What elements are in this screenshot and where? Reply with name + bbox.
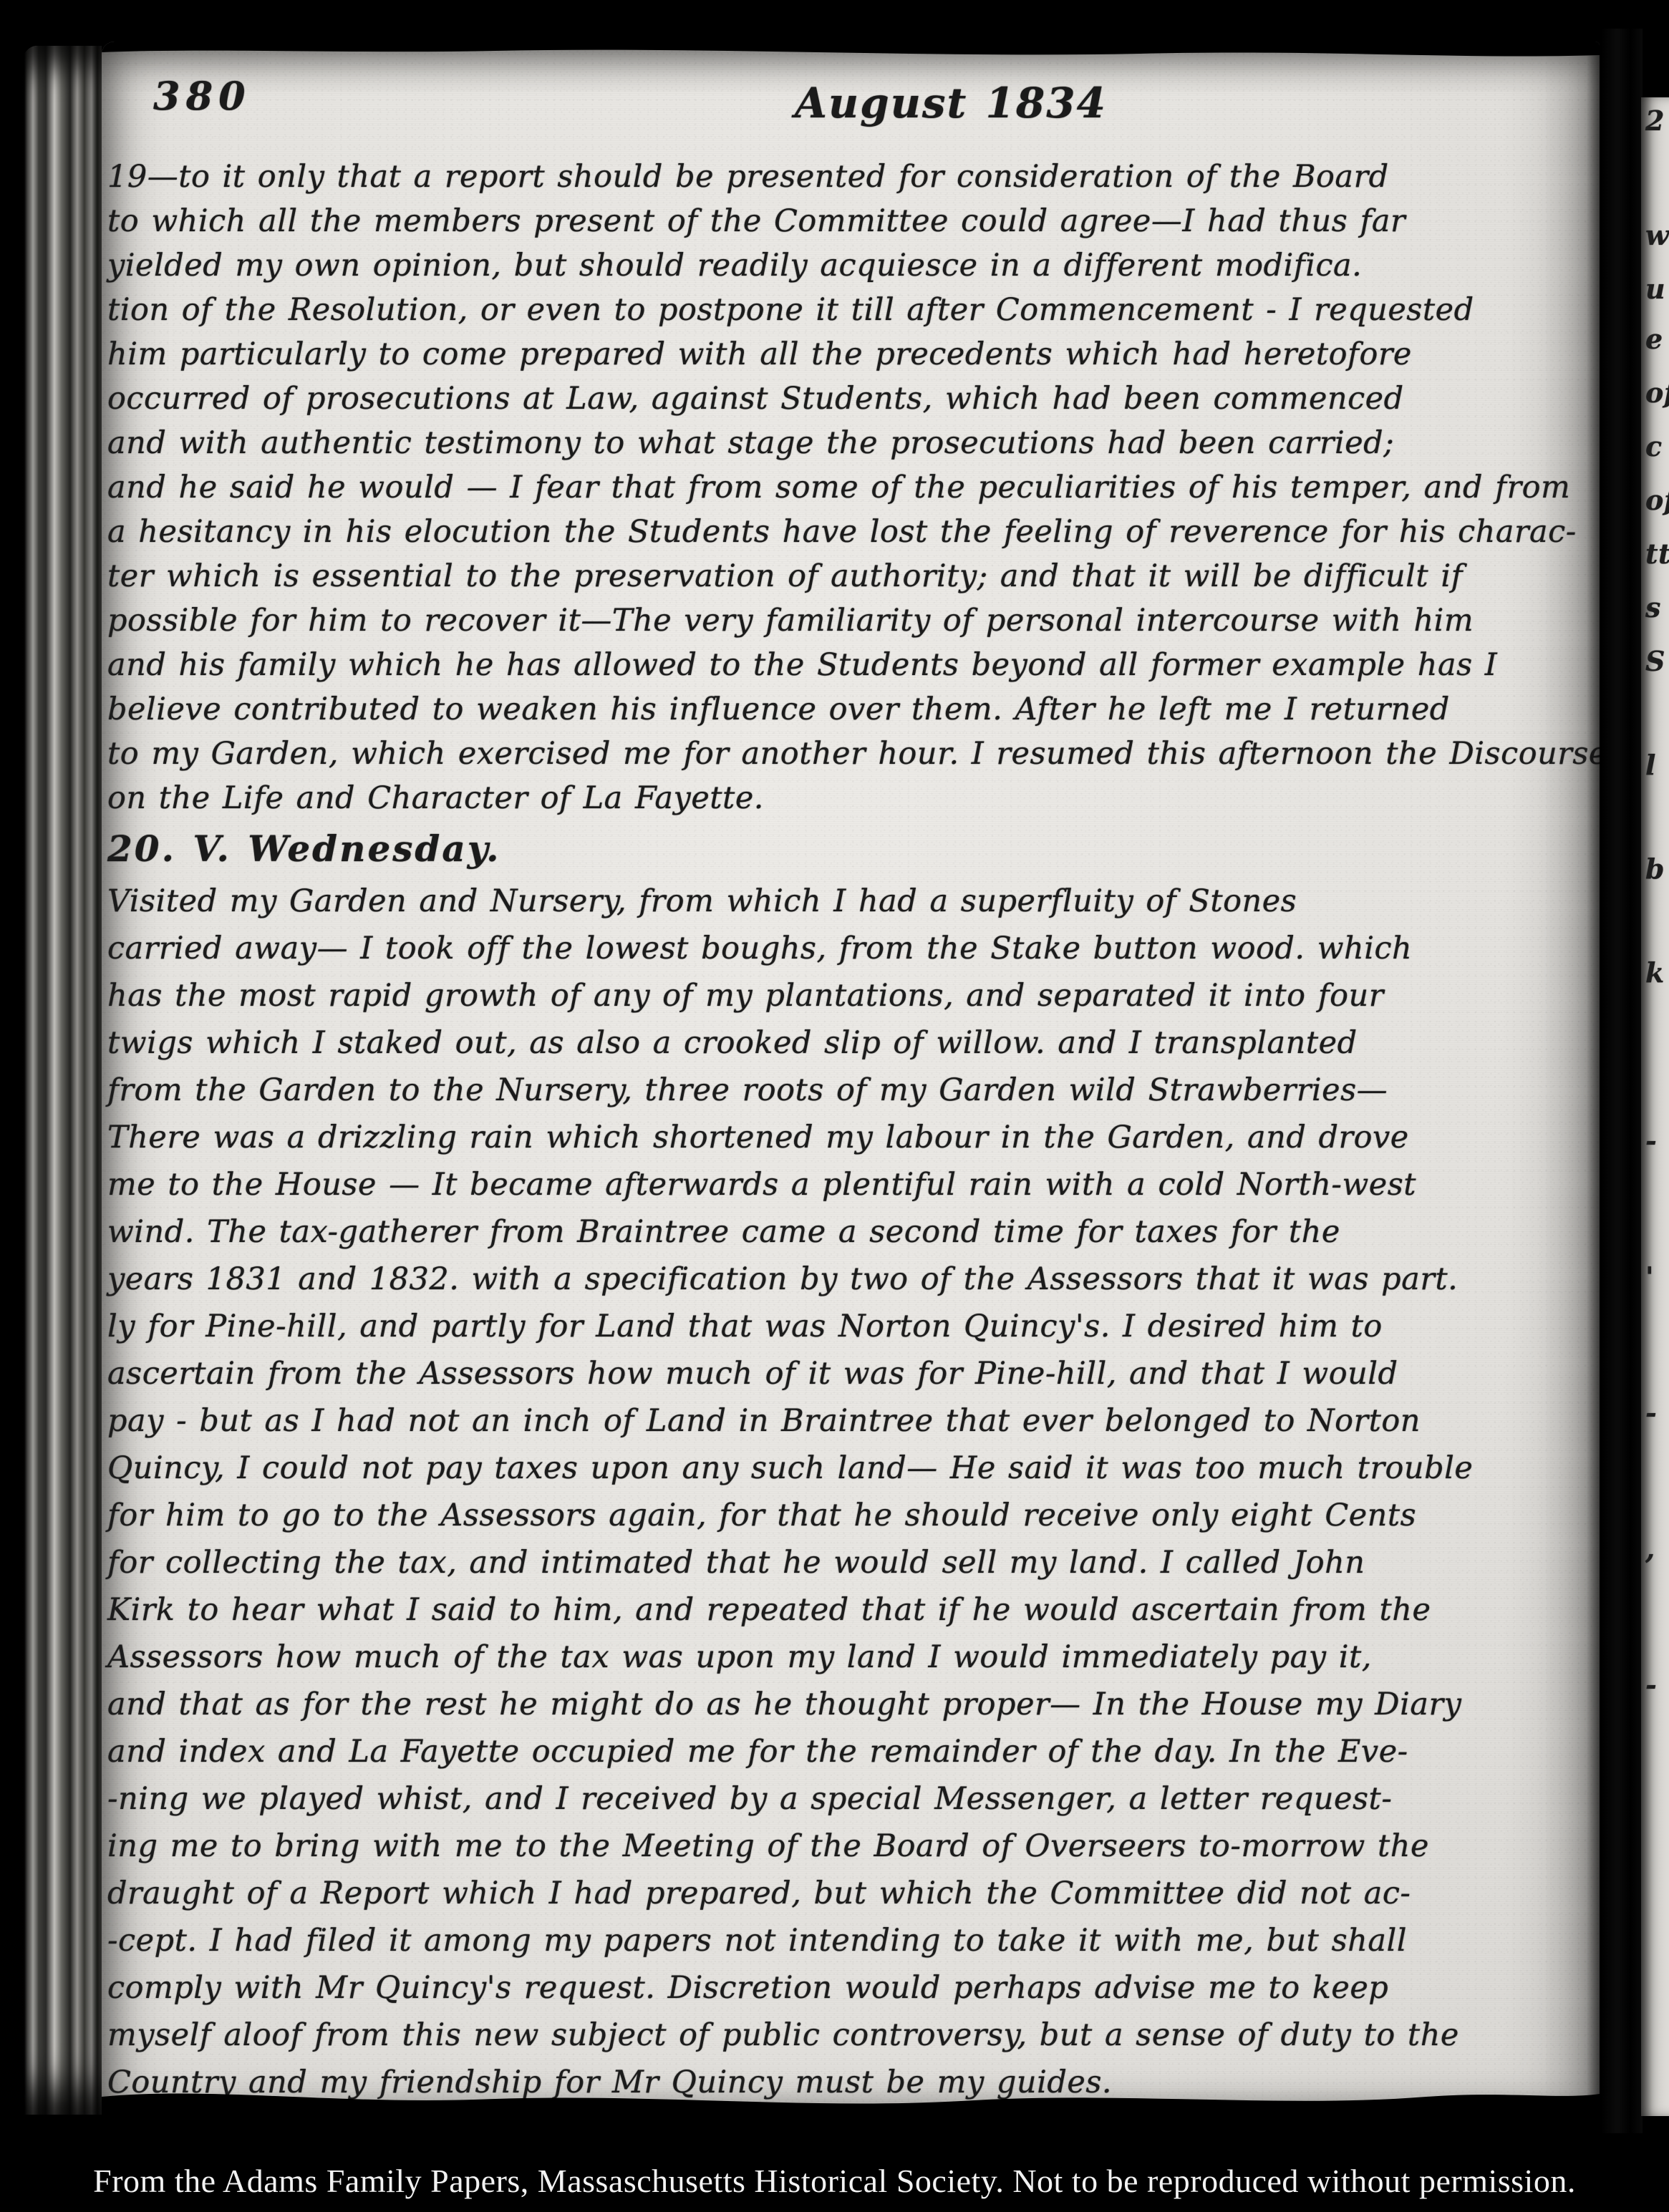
handwritten-line: years 1831 and 1832. with a specificatio… (107, 1256, 1600, 1303)
adjacent-text-fragment: of (1645, 377, 1669, 409)
handwritten-line: has the most rapid growth of any of my p… (107, 972, 1600, 1019)
handwritten-line: from the Garden to the Nursery, three ro… (107, 1067, 1600, 1114)
archive-caption: From the Adams Family Papers, Massaschus… (0, 2149, 1669, 2212)
handwritten-line: Quincy, I could not pay taxes upon any s… (107, 1445, 1600, 1492)
handwritten-line: ascertain from the Assessors how much of… (107, 1350, 1600, 1397)
handwritten-line: and index and La Fayette occupied me for… (107, 1728, 1600, 1775)
handwritten-line: carried away— I took off the lowest boug… (107, 925, 1600, 972)
page-number: 380 (153, 73, 251, 119)
entry-august-20: Visited my Garden and Nursery, from whic… (107, 878, 1600, 2106)
page-top-edge (102, 42, 1600, 59)
handwritten-line: for collecting the tax, and intimated th… (107, 1539, 1600, 1586)
adjacent-text-fragment: b (1645, 853, 1665, 885)
handwritten-line: pay - but as I had not an inch of Land i… (107, 1397, 1600, 1445)
handwritten-line: There was a drizzling rain which shorten… (107, 1114, 1600, 1161)
adjacent-text-fragment: e (1645, 323, 1663, 355)
header-date: August 1834 (795, 79, 1107, 127)
handwritten-line: Visited my Garden and Nursery, from whic… (107, 878, 1600, 925)
adjacent-text-fragment: c (1645, 430, 1663, 462)
handwritten-line: -ning we played whist, and I received by… (107, 1775, 1600, 1823)
adjacent-text-fragment: - (1645, 1125, 1657, 1157)
adjacent-text-fragment: l (1645, 749, 1656, 781)
handwritten-line: ing me to bring with me to the Meeting o… (107, 1823, 1600, 1870)
handwritten-line: a hesitancy in his elocution the Student… (107, 510, 1600, 554)
adjacent-text-fragment: k (1645, 956, 1665, 989)
page-gutter-shadow (1587, 29, 1643, 2133)
handwritten-line: twigs which I staked out, as also a croo… (107, 1019, 1600, 1067)
diary-page: 380 August 1834 19—to it only that a rep… (102, 42, 1600, 2119)
adjacent-text-fragment: w (1645, 219, 1669, 251)
handwritten-line: him particularly to come prepared with a… (107, 332, 1600, 377)
handwritten-line: draught of a Report which I had prepared… (107, 1870, 1600, 1917)
adjacent-text-fragment: tt (1645, 538, 1669, 570)
handwritten-line: ter which is essential to the preservati… (107, 554, 1600, 598)
handwritten-line: occurred of prosecutions at Law, against… (107, 377, 1600, 421)
handwritten-line: yielded my own opinion, but should readi… (107, 243, 1600, 288)
handwritten-line: me to the House — It became afterwards a… (107, 1161, 1600, 1208)
handwritten-line: -cept. I had filed it among my papers no… (107, 1917, 1600, 1964)
adjacent-text-fragment: , (1645, 1533, 1655, 1565)
adjacent-text-fragment: - (1645, 1397, 1657, 1429)
entry-august-20-heading: 20. V. Wednesday. (107, 828, 501, 870)
adjacent-text-fragment: ' (1645, 1261, 1654, 1293)
book-fore-edge (19, 46, 102, 2115)
entry-august-19: 19—to it only that a report should be pr… (107, 155, 1600, 820)
handwritten-line: and his family which he has allowed to t… (107, 643, 1600, 687)
handwritten-line: comply with Mr Quincy's request. Discret… (107, 1964, 1600, 2012)
handwritten-line: myself aloof from this new subject of pu… (107, 2012, 1600, 2059)
adjacent-text-fragment: of (1645, 484, 1669, 516)
handwritten-line: ly for Pine-hill, and partly for Land th… (107, 1303, 1600, 1350)
adjacent-text-fragment: s (1645, 591, 1661, 624)
handwritten-line: to which all the members present of the … (107, 199, 1600, 243)
handwritten-line: and that as for the rest he might do as … (107, 1681, 1600, 1728)
handwritten-line: possible for him to recover it—The very … (107, 598, 1600, 643)
handwritten-line: tion of the Resolution, or even to postp… (107, 288, 1600, 332)
handwritten-line: to my Garden, which exercised me for ano… (107, 732, 1600, 776)
handwritten-line: Kirk to hear what I said to him, and rep… (107, 1586, 1600, 1634)
page-bottom-edge (102, 2068, 1600, 2119)
adjacent-page-sliver: 2wueofcofttsSlbk-'-,- (1641, 97, 1669, 2116)
adjacent-text-fragment: u (1645, 273, 1665, 305)
handwritten-line: believe contributed to weaken his influe… (107, 687, 1600, 732)
handwritten-line: wind. The tax-gatherer from Braintree ca… (107, 1208, 1600, 1256)
adjacent-text-fragment: 2 (1645, 105, 1665, 137)
handwritten-line: Assessors how much of the tax was upon m… (107, 1634, 1600, 1681)
handwritten-line: on the Life and Character of La Fayette. (107, 776, 1600, 820)
handwritten-line: and with authentic testimony to what sta… (107, 421, 1600, 465)
handwritten-line: 19—to it only that a report should be pr… (107, 155, 1600, 199)
handwritten-line: for him to go to the Assessors again, fo… (107, 1492, 1600, 1539)
handwritten-line: and he said he would — I fear that from … (107, 465, 1600, 510)
adjacent-text-fragment: - (1645, 1669, 1657, 1701)
adjacent-text-fragment: S (1645, 645, 1665, 677)
manuscript-scan: 380 August 1834 19—to it only that a rep… (0, 0, 1669, 2212)
